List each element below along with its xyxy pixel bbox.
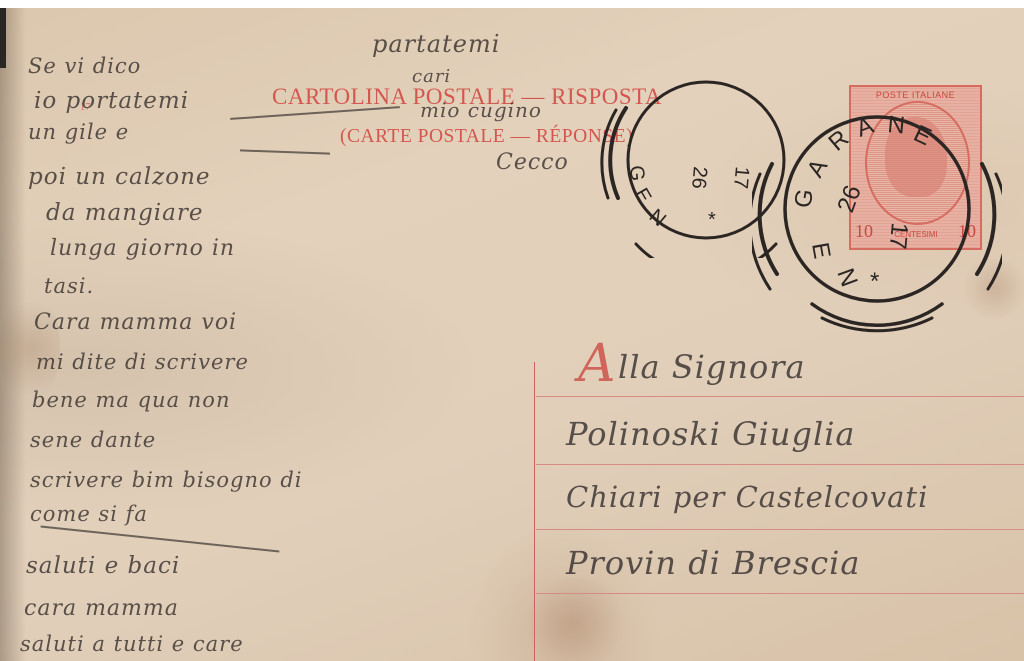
svg-text:17: 17 [884, 221, 913, 250]
message-line: saluti e baci [26, 553, 180, 579]
address-line: lla Signora [618, 348, 806, 386]
stamp-issuer: POSTE ITALIANE [859, 90, 972, 100]
address-prefix-printed: A [578, 334, 616, 394]
postcard: 17 CARTOLINA POSTALE — RISPOSTA (CARTE P… [0, 8, 1024, 661]
message-line: poi un calzone [28, 164, 211, 190]
card-subtitle: (CARTE POSTALE — RÉPONSE) [340, 126, 633, 148]
message-line: bene ma qua non [32, 388, 230, 412]
svg-text:A: A [802, 155, 833, 182]
address-rule [536, 464, 1024, 465]
svg-text:E: E [806, 240, 835, 260]
svg-text:26: 26 [687, 166, 711, 190]
message-line: cara mamma [24, 596, 179, 621]
message-line: Cara mamma voi [34, 310, 237, 335]
svg-text:*: * [870, 268, 879, 295]
handwritten-note: mio cugino [420, 98, 542, 122]
message-line: sene dante [30, 428, 156, 452]
message-line: un gile e [28, 120, 129, 144]
address-rule [536, 593, 1024, 594]
svg-text:26: 26 [832, 182, 867, 216]
message-line: tasi. [44, 274, 94, 298]
address-line: Polinoski Giuglia [566, 415, 856, 453]
address-line: Provin di Brescia [566, 544, 860, 582]
svg-text:N: N [886, 111, 906, 139]
svg-text:17: 17 [729, 166, 753, 190]
svg-text:N: N [831, 265, 862, 291]
address-line: Chiari per Castelcovati [566, 480, 928, 514]
handwritten-note: partatemi [372, 30, 500, 58]
message-line: mi dite di scrivere [36, 350, 249, 374]
message-line: io portatemi [34, 88, 189, 114]
message-line: come si fa [30, 502, 148, 526]
message-line: lunga giorno in [50, 236, 235, 261]
paper-stain [520, 578, 630, 661]
address-divider-line [534, 362, 535, 661]
message-line: Se vi dico [28, 54, 141, 78]
scan-edge-shadow [0, 8, 6, 68]
svg-text:*: * [708, 209, 716, 231]
message-line: da mangiare [46, 200, 203, 226]
pen-stroke [240, 149, 330, 154]
handwritten-note: cari [412, 66, 451, 87]
svg-text:G: G [789, 187, 819, 210]
pen-stroke [41, 525, 280, 552]
message-line: scrivere bim bisogno di [30, 468, 303, 492]
svg-text:G: G [625, 165, 648, 182]
message-line: saluti a tutti e care [20, 632, 244, 656]
address-rule [536, 529, 1024, 530]
handwritten-note: Cecco [496, 150, 569, 175]
address-rule [536, 396, 1024, 397]
postmark-cancellation: N E G A R A N E 26 17 * [752, 104, 1002, 334]
